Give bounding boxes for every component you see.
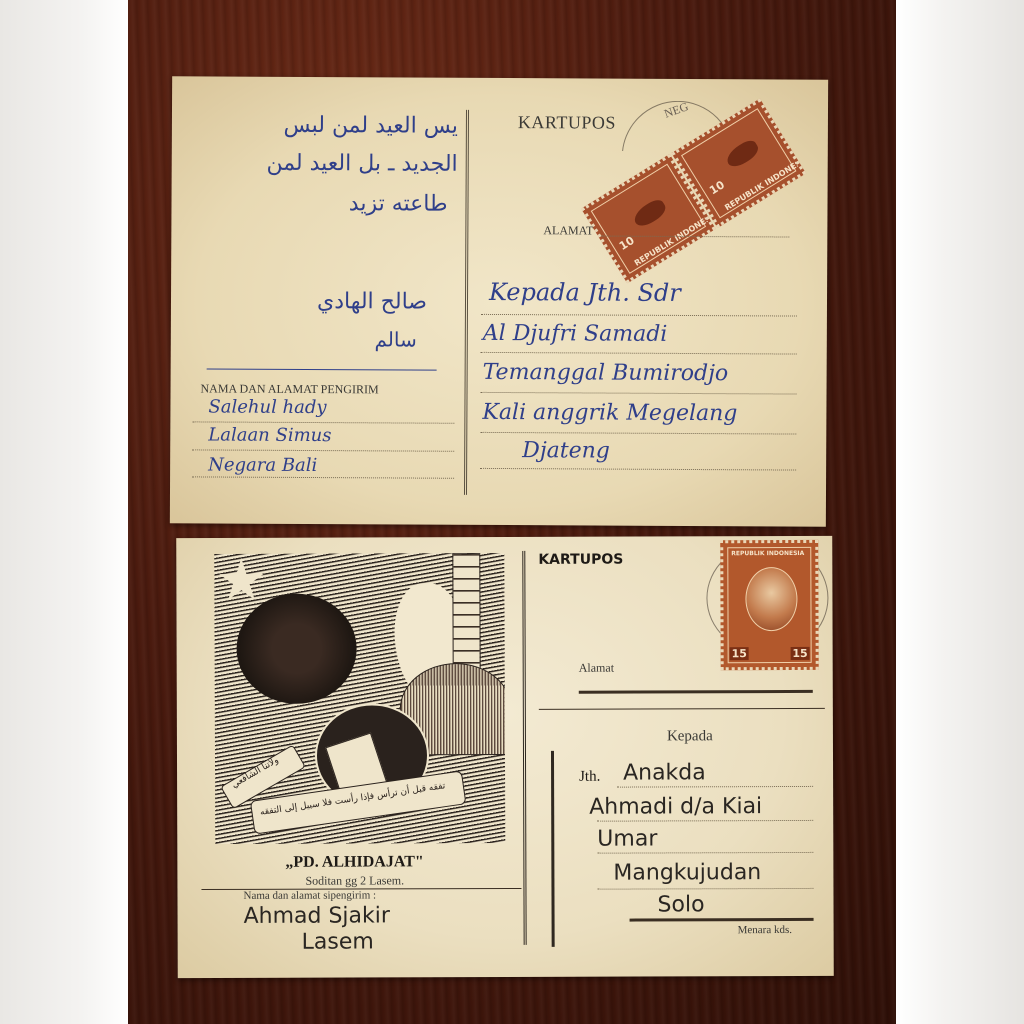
publisher-address: Soditan gg 2 Lasem.	[305, 873, 404, 888]
kartupos-title: KARTUPOS	[538, 552, 623, 568]
address-label: ALAMAT	[543, 223, 593, 238]
dotted-line	[597, 852, 813, 854]
dotted-line	[480, 432, 796, 435]
dotted-line	[597, 820, 813, 822]
divider-line	[539, 708, 825, 710]
recipient-line-3: Temanggal Bumirodjo	[483, 360, 729, 386]
recipient-line-1: Anakda	[623, 760, 706, 785]
illustration-mosque-globe: ولاتنا الشافعي تفقه قبل أن ترأس فإذا رأس…	[214, 553, 505, 844]
minaret-icon	[452, 553, 480, 675]
address-line	[579, 690, 813, 694]
sender-label: Nama dan alamat sipengirim :	[243, 889, 376, 901]
arabic-signature-line-2: سالم	[374, 327, 416, 351]
divider-line	[522, 551, 526, 945]
dotted-line	[617, 786, 813, 788]
star-icon	[218, 558, 264, 604]
stamp-portrait: REPUBLIK INDONESIA 15 15	[720, 540, 818, 670]
recipient-line-2: Ahmadi d/a Kiai	[589, 794, 762, 820]
recipient-line-1: Kepada Jth. Sdr	[489, 278, 681, 307]
publisher-name: „PD. ALHIDAJAT"	[285, 853, 423, 871]
recipient-box-border	[551, 751, 555, 947]
dotted-line	[192, 449, 454, 451]
dotted-line	[481, 314, 797, 317]
arabic-signature-line-1: صالح الهادي	[317, 289, 427, 315]
sender-line-2: Lalaan Simus	[208, 424, 331, 446]
arabic-message-line-1: يس العيد لمن لبس	[284, 113, 458, 139]
recipient-heading: Kepada	[667, 728, 713, 745]
footer-note: Menara kds.	[738, 924, 792, 936]
address-label: Alamat	[579, 661, 614, 676]
divider-line	[464, 110, 469, 495]
sender-line-1: Ahmad Sjakir	[244, 903, 390, 929]
recipient-line-5: Djateng	[522, 438, 610, 463]
recipient-prefix: Jth.	[579, 769, 600, 786]
sender-line-3: Negara Bali	[208, 454, 317, 476]
sender-line-2: Lasem	[302, 929, 374, 954]
sender-label: NAMA DAN ALAMAT PENGIRIM	[200, 381, 378, 397]
dotted-line	[192, 421, 454, 423]
recipient-line-3: Umar	[597, 826, 657, 851]
recipient-line-4: Mangkujudan	[613, 860, 761, 886]
recipient-line-4: Kali anggrik Megelang	[482, 400, 737, 426]
portrait-icon	[745, 567, 797, 631]
dotted-line	[192, 476, 454, 478]
sender-line-1: Salehul hady	[208, 396, 326, 418]
arabic-message-line-2: الجديد ـ بل العيد لمن	[266, 151, 457, 177]
dotted-line	[481, 352, 797, 355]
recipient-line-2: Al Djufri Samadi	[483, 321, 668, 347]
dotted-line	[480, 468, 796, 471]
postcard-bottom: ولاتنا الشافعي تفقه قبل أن ترأس فإذا رأس…	[176, 536, 834, 978]
recipient-underline	[630, 918, 814, 922]
recipient-line-5: Solo	[657, 892, 704, 917]
dotted-line	[597, 888, 813, 890]
postcard-top: يس العيد لمن لبس الجديد ـ بل العيد لمن ط…	[170, 76, 828, 526]
arabic-message-line-3: طاعته تزيد	[349, 191, 448, 217]
signature-flourish	[207, 368, 437, 370]
sun-burst-icon	[236, 594, 356, 704]
kartupos-title: KARTUPOS	[518, 112, 616, 134]
dotted-line	[481, 392, 797, 395]
